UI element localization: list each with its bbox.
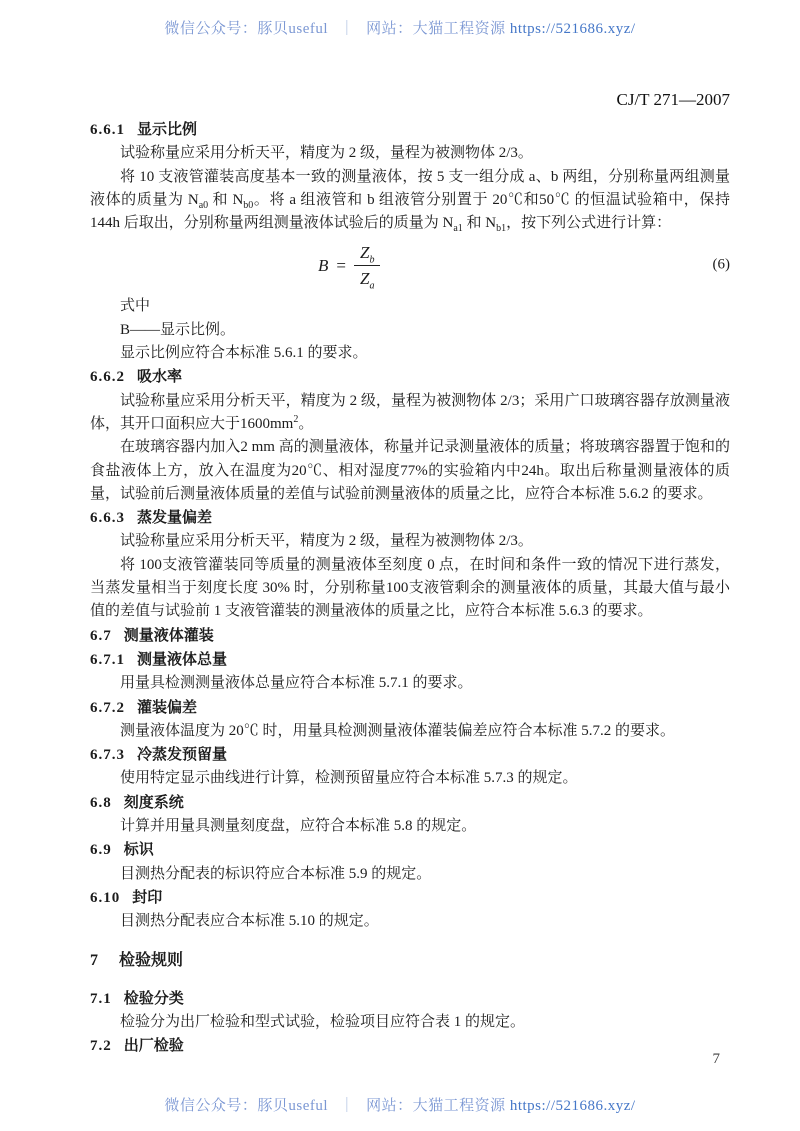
paragraph: 试验称量应采用分析天平，精度为 2 级，量程为被测物体 2/3；采用广口玻璃容器… (90, 390, 730, 437)
heading-number: 6.9 (90, 842, 112, 858)
equation-display-ratio: B=ZbZa(6) (90, 238, 730, 292)
heading-title: 蒸发量偏差 (137, 509, 212, 526)
watermark-site: 网站：大猫工程资源 (366, 1098, 506, 1114)
section-heading: 6.7.1测量液体总量 (90, 648, 730, 672)
paragraph: 试验称量应采用分析天平，精度为 2 级，量程为被测物体 2/3。 (90, 142, 730, 165)
equation-lhs: B (318, 254, 328, 277)
section-heading: 6.7.3冷蒸发预留量 (90, 743, 730, 767)
paragraph: 使用特定显示曲线进行计算，检测预留量应符合本标准 5.7.3 的规定。 (90, 767, 730, 790)
section-heading: 6.8刻度系统 (90, 791, 730, 815)
paragraph: 目测热分配表的标识符应合本标准 5.9 的规定。 (90, 863, 730, 886)
paragraph: B——显示比例。 (90, 319, 730, 342)
section-heading: 7.1检验分类 (90, 987, 730, 1011)
page-number: 7 (713, 1051, 721, 1068)
section-heading: 6.7测量液体灌装 (90, 624, 730, 648)
watermark-account: 微信公众号：豚贝useful (164, 1098, 328, 1114)
section-heading: 6.6.3蒸发量偏差 (90, 506, 730, 530)
heading-title: 显示比例 (137, 121, 197, 138)
subscript: a0 (199, 200, 208, 211)
paragraph: 显示比例应符合本标准 5.6.1 的要求。 (90, 342, 730, 365)
subscript: b0 (243, 200, 253, 211)
watermark-url: https://521686.xyz/ (510, 1098, 636, 1114)
fraction: ZbZa (354, 241, 380, 291)
heading-title: 吸水率 (137, 368, 182, 385)
equation-number: (6) (713, 254, 731, 277)
paragraph: 计算并用量具测量刻度盘，应符合本标准 5.8 的规定。 (90, 815, 730, 838)
heading-title: 测量液体灌装 (124, 627, 214, 644)
section-heading: 7.2出厂检验 (90, 1034, 730, 1058)
heading-title: 检验分类 (124, 990, 184, 1007)
watermark-footer: 微信公众号：豚贝useful ｜ 网站：大猫工程资源 https://52168… (0, 1094, 800, 1115)
watermark-account: 微信公众号：豚贝useful (164, 21, 328, 37)
fraction-denominator: Za (354, 266, 380, 290)
heading-title: 灌装偏差 (137, 699, 197, 716)
heading-number: 6.7.3 (90, 747, 125, 763)
paragraph: 检验分为出厂检验和型式试验，检验项目应符合表 1 的规定。 (90, 1011, 730, 1034)
equals-sign: = (328, 254, 354, 277)
section-heading: 6.7.2灌装偏差 (90, 696, 730, 720)
watermark-separator: ｜ (332, 1098, 362, 1114)
section-heading: 6.6.1显示比例 (90, 118, 730, 142)
section-heading: 6.9标识 (90, 838, 730, 862)
paragraph: 目测热分配表应合本标准 5.10 的规定。 (90, 910, 730, 933)
paragraph: 试验称量应采用分析天平，精度为 2 级，量程为被测物体 2/3。 (90, 530, 730, 553)
heading-title: 封印 (132, 889, 162, 906)
heading-number: 7.1 (90, 991, 112, 1007)
heading-title: 测量液体总量 (137, 651, 227, 668)
paragraph: 测量液体温度为 20℃ 时，用量具检测测量液体灌装偏差应符合本标准 5.7.2 … (90, 720, 730, 743)
watermark-header: 微信公众号：豚贝useful ｜ 网站：大猫工程资源 https://52168… (0, 17, 800, 38)
document-page: 微信公众号：豚贝useful ｜ 网站：大猫工程资源 https://52168… (0, 0, 800, 1131)
heading-number: 6.7.1 (90, 652, 125, 668)
standard-number: CJ/T 271—2007 (616, 90, 730, 110)
paragraph: 用量具检测测量液体总量应符合本标准 5.7.1 的要求。 (90, 672, 730, 695)
heading-number: 6.10 (90, 890, 120, 906)
paragraph: 式中 (90, 295, 730, 318)
paragraph: 将 10 支液管灌装高度基本一致的测量液体，按 5 支一组分成 a、b 两组，分… (90, 166, 730, 236)
subscript: a1 (453, 223, 462, 234)
heading-number: 7.2 (90, 1038, 112, 1054)
heading-number: 6.6.2 (90, 369, 125, 385)
paragraph: 将 100支液管灌装同等质量的测量液体至刻度 0 点，在时间和条件一致的情况下进… (90, 554, 730, 624)
heading-title: 刻度系统 (124, 794, 184, 811)
chapter-heading: 7检验规则 (90, 949, 730, 972)
heading-title: 检验规则 (119, 952, 183, 969)
watermark-url: https://521686.xyz/ (510, 21, 636, 37)
section-heading: 6.6.2吸水率 (90, 365, 730, 389)
heading-number: 6.7.2 (90, 700, 125, 716)
heading-number: 6.6.3 (90, 510, 125, 526)
watermark-site: 网站：大猫工程资源 (366, 21, 506, 37)
fraction-numerator: Zb (354, 241, 380, 266)
heading-number: 6.6.1 (90, 122, 125, 138)
equation-body: B=ZbZa (318, 241, 380, 291)
watermark-separator: ｜ (332, 21, 362, 37)
section-heading: 6.10封印 (90, 886, 730, 910)
heading-title: 冷蒸发预留量 (137, 746, 227, 763)
heading-number: 7 (90, 952, 99, 969)
superscript: 2 (293, 414, 298, 425)
heading-title: 标识 (124, 841, 154, 858)
heading-title: 出厂检验 (124, 1037, 184, 1054)
heading-number: 6.7 (90, 628, 112, 644)
document-body: 6.6.1显示比例试验称量应采用分析天平，精度为 2 级，量程为被测物体 2/3… (90, 118, 730, 1059)
subscript: b1 (496, 223, 506, 234)
paragraph: 在玻璃容器内加入2 mm 高的测量液体，称量并记录测量液体的质量；将玻璃容器置于… (90, 436, 730, 506)
heading-number: 6.8 (90, 795, 112, 811)
